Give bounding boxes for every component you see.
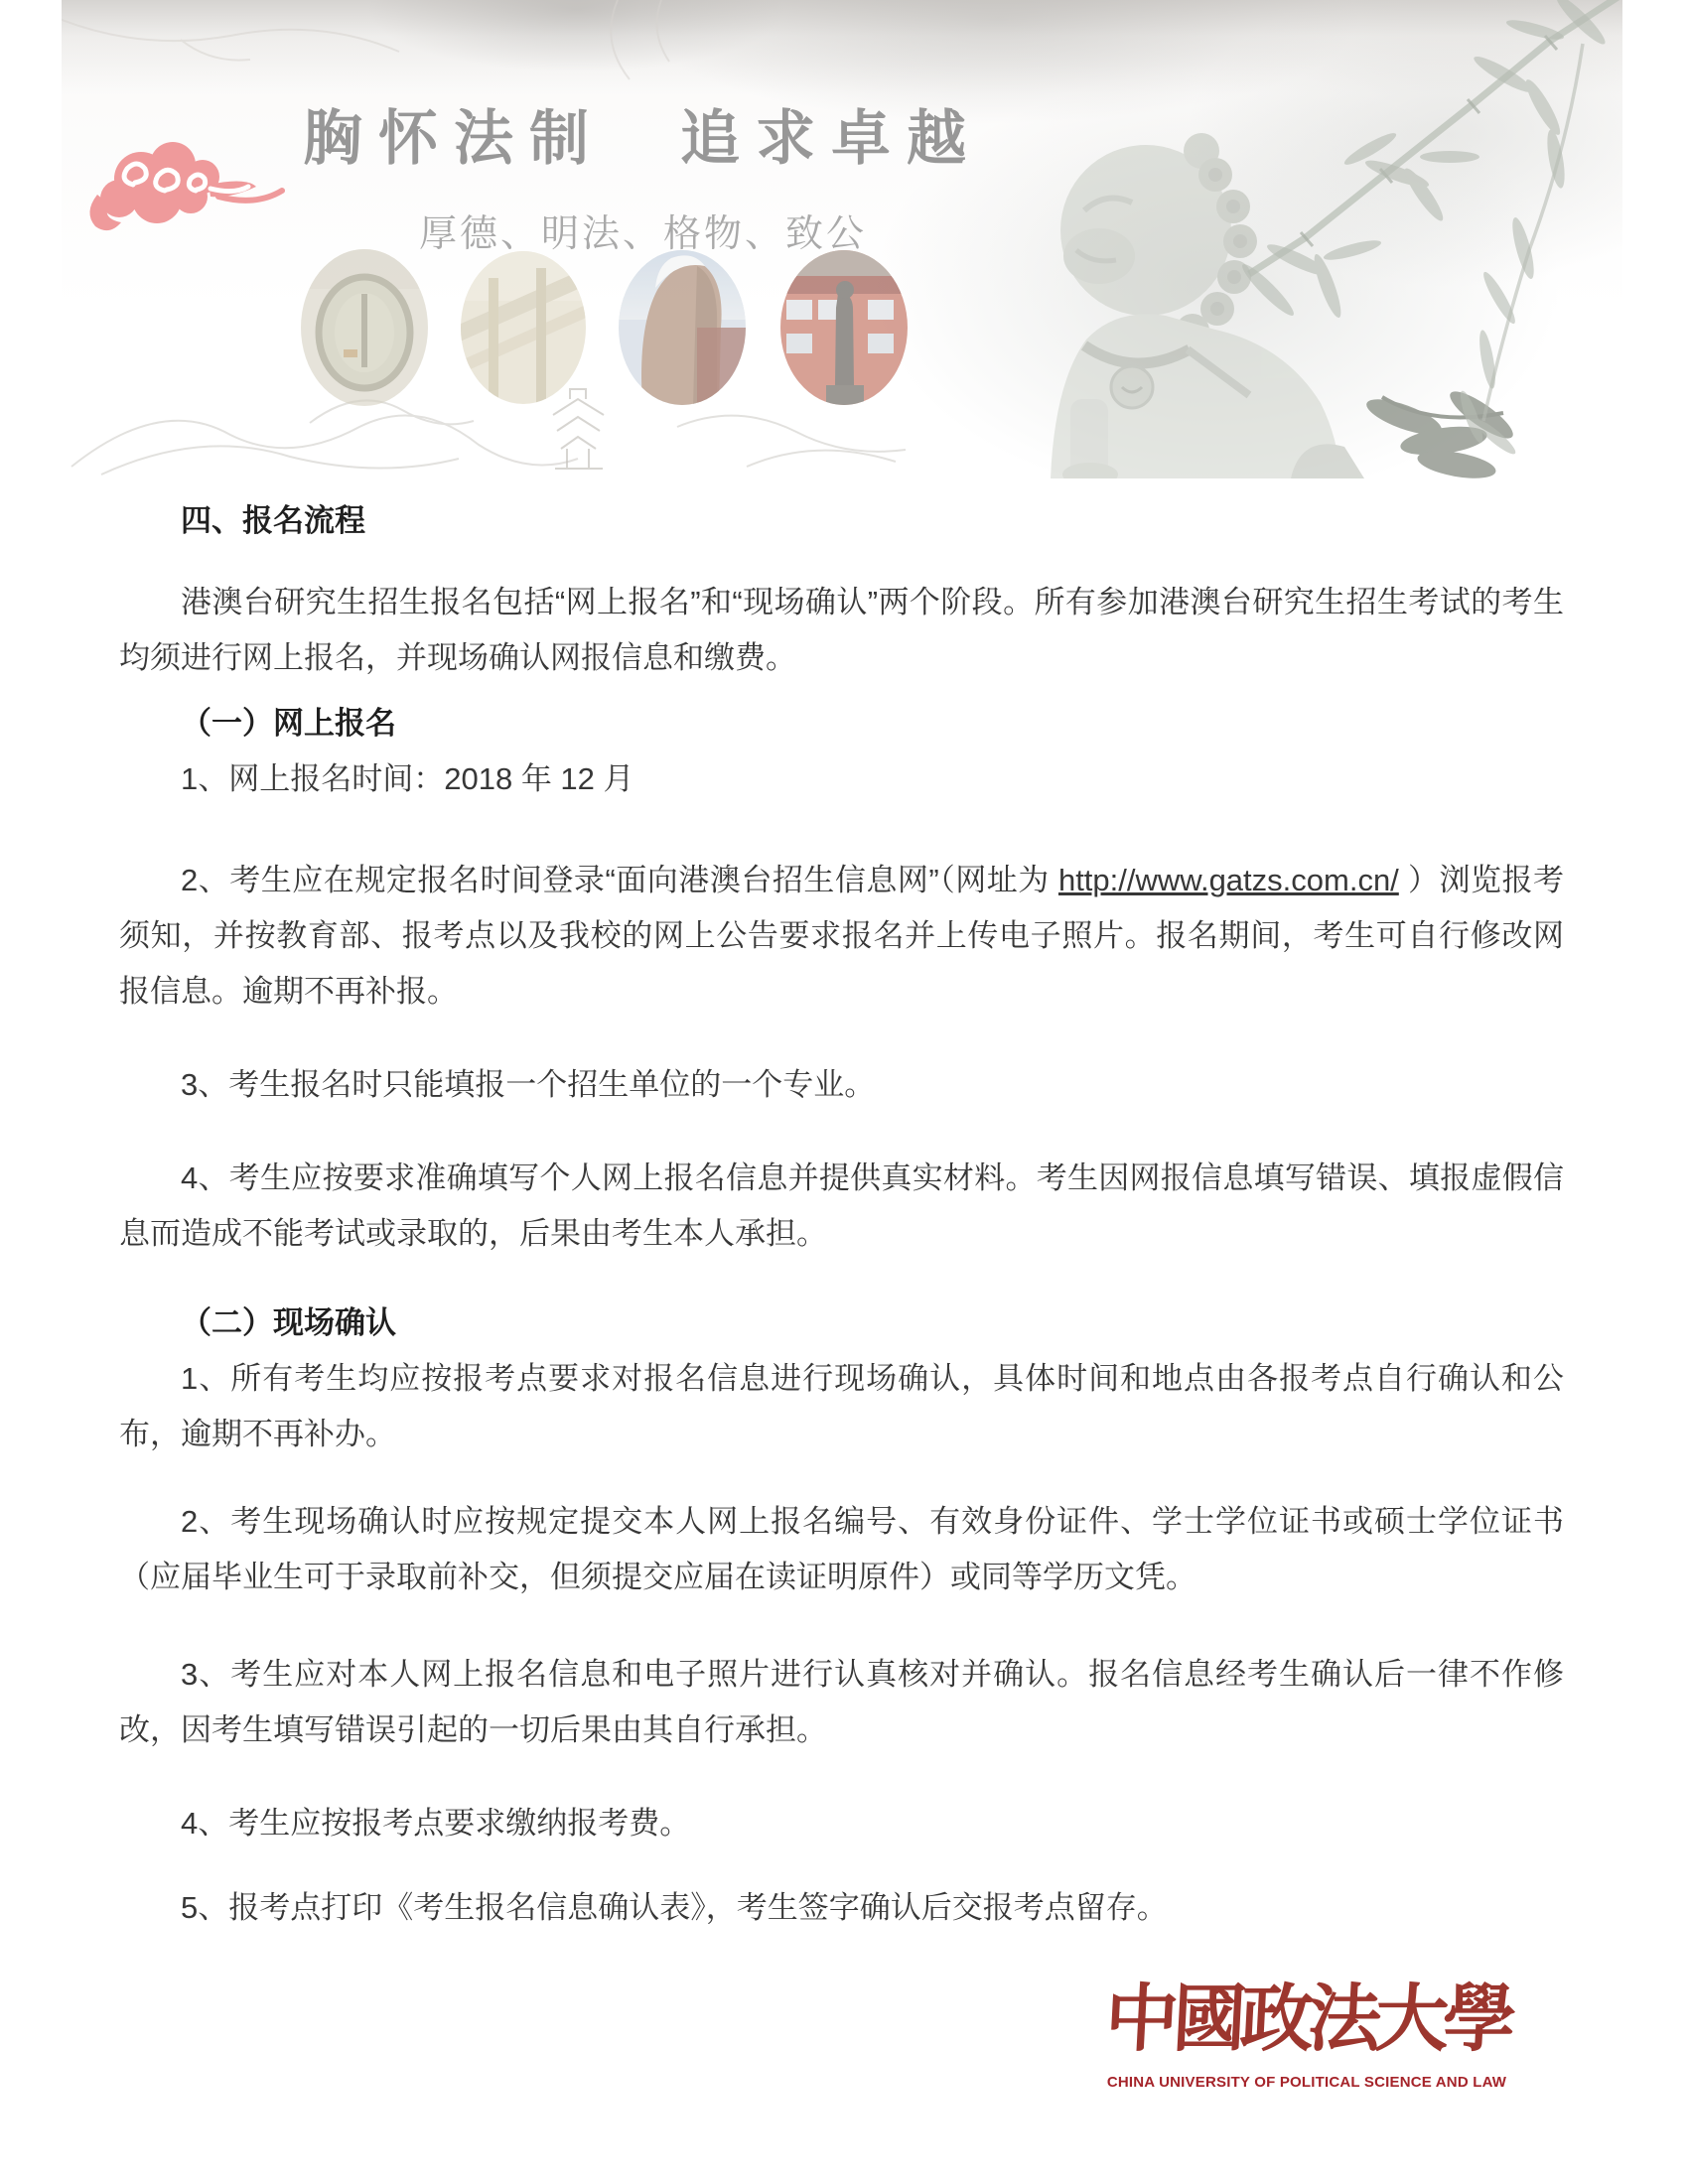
banner-motto-subtitle: 厚德、明法、格物、致公	[419, 203, 867, 257]
s2-item-1: 1、所有考生均应按报考点要求对报名信息进行现场确认，具体时间和地点由各报考点自行…	[119, 1351, 1564, 1462]
campus-photo-wood-structure	[455, 251, 591, 407]
intro-paragraph: 港澳台研究生招生报名包括“网上报名”和“现场确认”两个阶段。所有参加港澳台研究生…	[119, 575, 1564, 686]
s1-item-3: 3、考生报名时只能填报一个招生单位的一个专业。	[119, 1057, 1564, 1113]
campus-photo-bronze-mirror	[301, 249, 428, 406]
banner-header: 胸怀法制 追求卓越 厚德、明法、格物、致公	[62, 0, 1622, 478]
document-page: { "banner": { "title": "胸怀法制 追求卓越", "sub…	[0, 0, 1688, 2184]
s2-item-2: 2、考生现场确认时应按规定提交本人网上报名编号、有效身份证件、学士学位证书或硕士…	[119, 1494, 1564, 1605]
stone-lion	[1051, 133, 1364, 478]
university-logo-english: CHINA UNIVERSITY OF POLITICAL SCIENCE AN…	[1105, 2074, 1508, 2091]
pagoda-sketch	[553, 389, 604, 469]
s1-item-1: 1、网上报名时间：2018 年 12 月	[119, 751, 1564, 807]
campus-photo-red-building	[780, 250, 908, 407]
section-heading: 四、报名流程	[119, 493, 1564, 549]
ink-mountains	[71, 400, 906, 475]
red-cloud-icon	[89, 142, 282, 230]
campus-photo-stone-statue	[619, 250, 747, 407]
subsection-1-title: （一）网上报名	[119, 696, 1564, 751]
university-logo-chinese: 中國政法大學	[1102, 1968, 1511, 2072]
banner-motto-title: 胸怀法制 追求卓越	[303, 91, 982, 177]
s2-item-4: 4、考生应按报考点要求缴纳报考费。	[119, 1796, 1564, 1851]
s1-item-2-text-pre: 2、考生应在规定报名时间登录“面向港澳台招生信息网”（网址为	[181, 863, 1058, 897]
s2-item-3: 3、考生应对本人网上报名信息和电子照片进行认真核对并确认。报名信息经考生确认后一…	[119, 1647, 1564, 1758]
s1-item-4: 4、考生应按要求准确填写个人网上报名信息并提供真实材料。考生因网报信息填写错误、…	[119, 1151, 1564, 1262]
s1-item-2: 2、考生应在规定报名时间登录“面向港澳台招生信息网”（网址为 http://ww…	[119, 853, 1564, 1020]
subsection-2-title: （二）现场确认	[119, 1296, 1564, 1351]
s2-item-5: 5、报考点打印《考生报名信息确认表》，考生签字确认后交报考点留存。	[119, 1880, 1564, 1936]
branch-texture	[62, 0, 669, 79]
university-logo: 中國政法大學 CHINA UNIVERSITY OF POLITICAL SCI…	[1105, 1968, 1508, 2091]
document-body: 四、报名流程 港澳台研究生招生报名包括“网上报名”和“现场确认”两个阶段。所有参…	[119, 493, 1564, 1974]
gatzs-website-link[interactable]: http://www.gatzs.com.cn/	[1058, 863, 1399, 897]
